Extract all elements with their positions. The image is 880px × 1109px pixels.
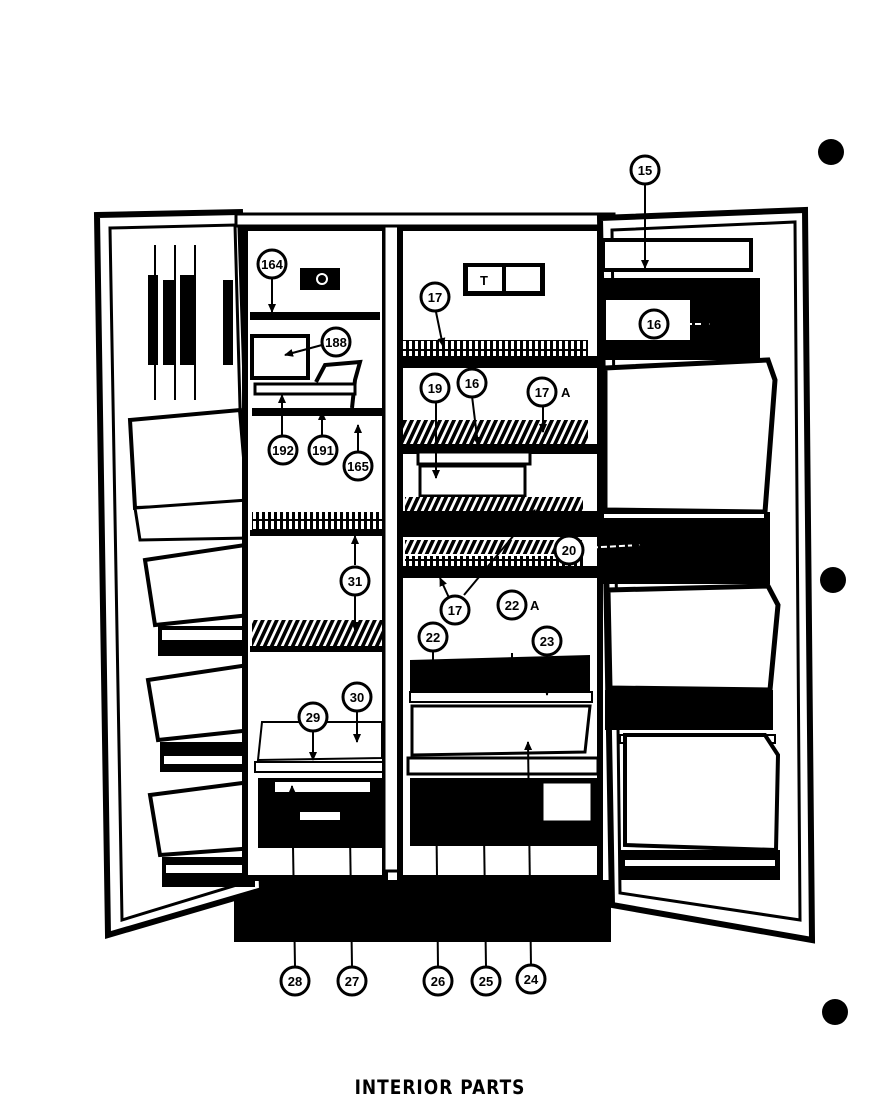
registration-dot xyxy=(822,999,848,1025)
freezer-door xyxy=(97,212,262,935)
refrigerator-interior-diagram: T xyxy=(0,0,880,1109)
callout-17-lower[interactable]: 17 xyxy=(441,596,469,624)
callout-164[interactable]: 164 xyxy=(258,250,286,278)
callout-23[interactable]: 23 xyxy=(533,627,561,655)
callout-188[interactable]: 188 xyxy=(322,328,350,356)
callout-29[interactable]: 29 xyxy=(299,703,327,731)
registration-dot xyxy=(820,567,846,593)
registration-dot xyxy=(818,139,844,165)
svg-text:24: 24 xyxy=(524,972,539,987)
callout-28[interactable]: 28 xyxy=(281,967,309,995)
svg-text:20: 20 xyxy=(562,543,576,558)
control-dial-label: T xyxy=(480,273,488,288)
svg-text:164: 164 xyxy=(261,257,283,272)
callout-25[interactable]: 25 xyxy=(472,967,500,995)
callout-16-shelf[interactable]: 16 xyxy=(458,369,486,397)
callout-31[interactable]: 31 xyxy=(341,567,369,595)
svg-text:17: 17 xyxy=(448,603,462,618)
svg-text:29: 29 xyxy=(306,710,320,725)
cabinet-top xyxy=(236,214,614,226)
callout-16-freezer[interactable]: 16 xyxy=(640,310,668,338)
svg-text:30: 30 xyxy=(350,690,364,705)
svg-text:28: 28 xyxy=(288,974,302,989)
svg-text:188: 188 xyxy=(325,335,347,350)
svg-text:192: 192 xyxy=(272,443,294,458)
svg-text:22: 22 xyxy=(505,598,519,613)
svg-text:31: 31 xyxy=(348,574,362,589)
svg-text:17: 17 xyxy=(535,385,549,400)
svg-text:26: 26 xyxy=(431,974,445,989)
svg-text:25: 25 xyxy=(479,974,493,989)
svg-text:22: 22 xyxy=(426,630,440,645)
callout-192[interactable]: 192 xyxy=(269,436,297,464)
callout-22[interactable]: 22 xyxy=(419,623,447,651)
callout-26[interactable]: 26 xyxy=(424,967,452,995)
svg-text:23: 23 xyxy=(540,634,554,649)
svg-text:165: 165 xyxy=(347,459,369,474)
svg-text:19: 19 xyxy=(428,381,442,396)
callout-15[interactable]: 15 xyxy=(631,156,659,184)
diagram-caption: INTERIOR PARTS xyxy=(0,1077,880,1100)
svg-text:A: A xyxy=(561,385,571,400)
svg-text:15: 15 xyxy=(638,163,652,178)
svg-text:A: A xyxy=(530,598,540,613)
callout-30[interactable]: 30 xyxy=(343,683,371,711)
callout-20[interactable]: 20 xyxy=(555,536,583,564)
callout-191[interactable]: 191 xyxy=(309,436,337,464)
svg-text:16: 16 xyxy=(465,376,479,391)
callout-24[interactable]: 24 xyxy=(517,965,545,993)
callout-19[interactable]: 19 xyxy=(421,374,449,402)
svg-text:17: 17 xyxy=(428,290,442,305)
callout-17-top[interactable]: 17 xyxy=(421,283,449,311)
svg-text:191: 191 xyxy=(312,443,334,458)
svg-text:16: 16 xyxy=(647,317,661,332)
svg-text:27: 27 xyxy=(345,974,359,989)
base-grille xyxy=(234,880,611,942)
callout-165[interactable]: 165 xyxy=(344,452,372,480)
fresh-food-door xyxy=(600,210,812,940)
callout-27[interactable]: 27 xyxy=(338,967,366,995)
freezer-compartment xyxy=(245,228,385,878)
